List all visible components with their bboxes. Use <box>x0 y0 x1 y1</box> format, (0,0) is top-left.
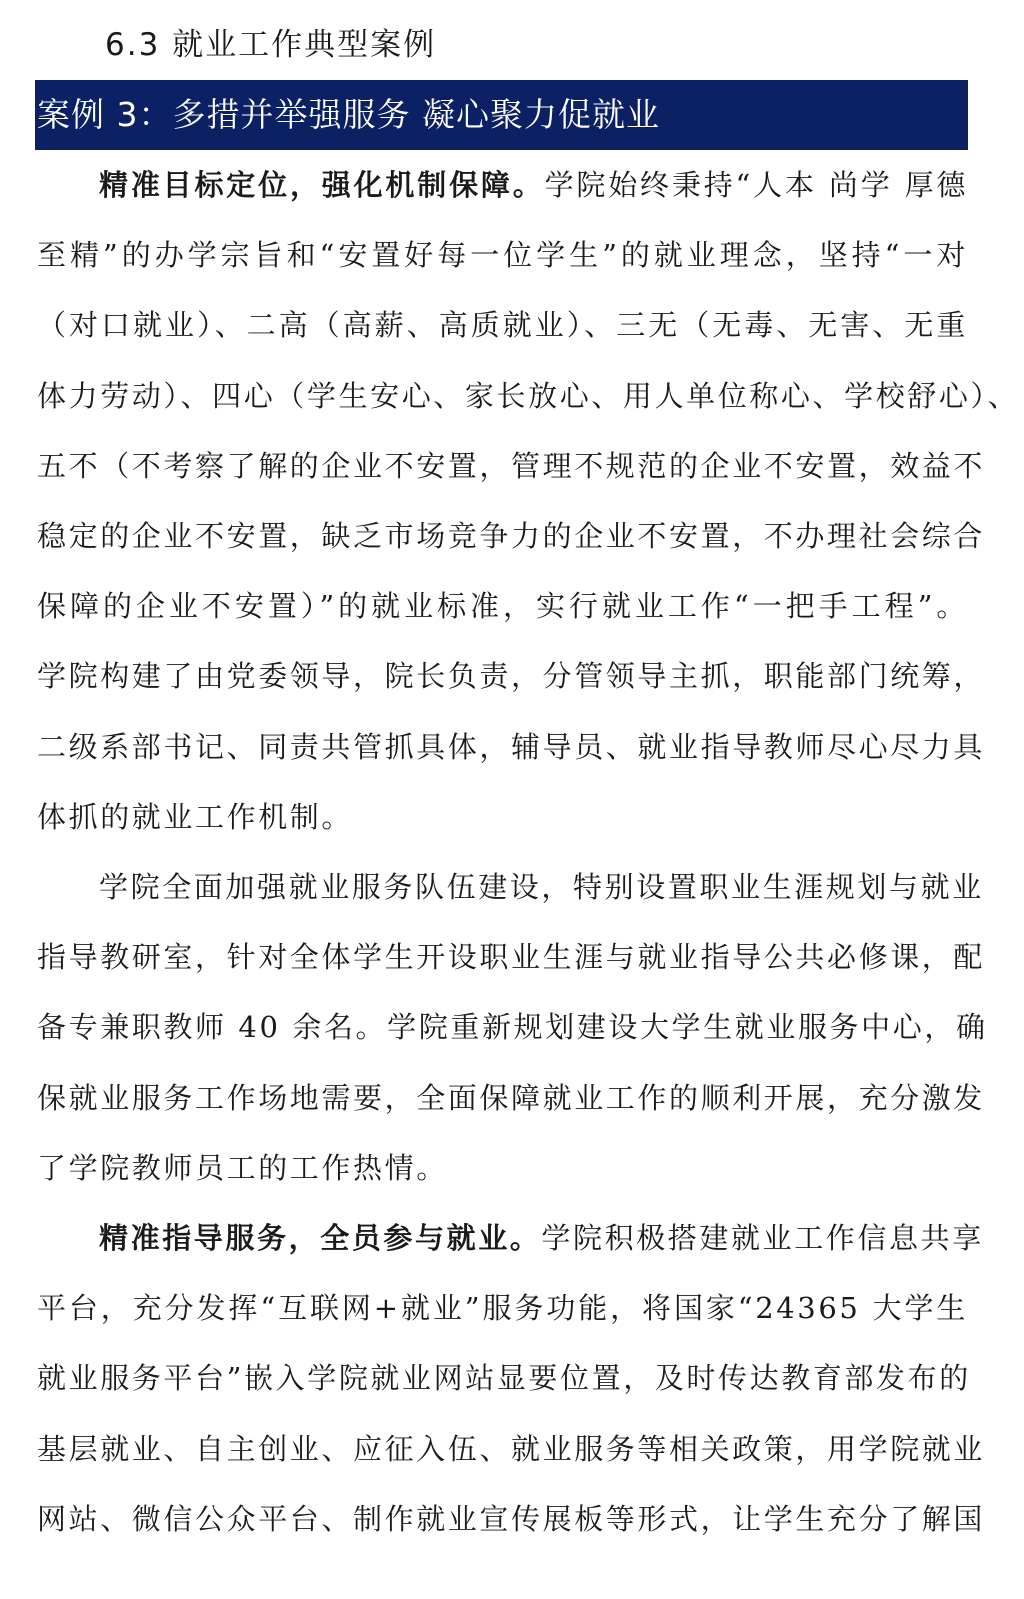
text-line: 备专兼职教师 40 余名。学院重新规划建设大学生就业服务中心，确 <box>37 992 968 1062</box>
text-line: 体抓的就业工作机制。 <box>37 782 968 852</box>
paragraph-guidance-service: 精准指导服务，全员参与就业。学院积极搭建就业工作信息共享 平台，充分发挥“互联网… <box>37 1203 968 1554</box>
text-line: 五不（不考察了解的企业不安置，管理不规范的企业不安置，效益不 <box>37 431 968 501</box>
text-line: 了学院教师员工的工作热情。 <box>37 1133 968 1203</box>
text-line: （对口就业）、二高（高薪、高质就业）、三无（无毒、无害、无重 <box>37 290 968 360</box>
text-line: 稳定的企业不安置，缺乏市场竞争力的企业不安置，不办理社会综合 <box>37 501 968 571</box>
paragraph-mechanism: 精准目标定位，强化机制保障。学院始终秉持“人本 尚学 厚德 至精”的办学宗旨和“… <box>37 150 968 852</box>
text-line: 保就业服务工作场地需要，全面保障就业工作的顺利开展，充分激发 <box>37 1063 968 1133</box>
section-heading: 6.3 就业工作典型案例 <box>105 22 436 68</box>
text-line: 保障的企业不安置）”的就业标准，实行就业工作“一把手工程”。 <box>37 571 968 641</box>
paragraph-lead: 精准指导服务，全员参与就业。 <box>99 1221 541 1255</box>
text-line: 基层就业、自主创业、应征入伍、就业服务等相关政策，用学院就业 <box>37 1414 968 1484</box>
text-line: 平台，充分发挥“互联网+就业”服务功能，将国家“24365 大学生 <box>37 1273 968 1343</box>
text-line: 学院构建了由党委领导，院长负责，分管领导主抓，职能部门统筹， <box>37 641 968 711</box>
paragraph-team-building: 学院全面加强就业服务队伍建设，特别设置职业生涯规划与就业 指导教研室，针对全体学… <box>37 852 968 1203</box>
text-line: 网站、微信公众平台、制作就业宣传展板等形式，让学生充分了解国 <box>37 1484 968 1554</box>
paragraph-lead: 精准目标定位，强化机制保障。 <box>99 168 545 202</box>
case-title-banner: 案例 3：多措并举强服务 凝心聚力促就业 <box>35 80 968 150</box>
text-line: 精准目标定位，强化机制保障。学院始终秉持“人本 尚学 厚德 <box>37 150 968 220</box>
text-line: 指导教研室，针对全体学生开设职业生涯与就业指导公共必修课，配 <box>37 922 968 992</box>
text-line: 至精”的办学宗旨和“安置好每一位学生”的就业理念，坚持“一对 <box>37 220 968 290</box>
case-title: 案例 3：多措并举强服务 凝心聚力促就业 <box>37 80 968 150</box>
text-line: 就业服务平台”嵌入学院就业网站显要位置，及时传达教育部发布的 <box>37 1343 968 1413</box>
document-body: 精准目标定位，强化机制保障。学院始终秉持“人本 尚学 厚德 至精”的办学宗旨和“… <box>37 150 968 1554</box>
text-line: 精准指导服务，全员参与就业。学院积极搭建就业工作信息共享 <box>37 1203 968 1273</box>
text-line: 二级系部书记、同责共管抓具体，辅导员、就业指导教师尽心尽力具 <box>37 712 968 782</box>
text-run: 学院始终秉持“人本 尚学 厚德 <box>545 168 968 202</box>
text-run: 学院积极搭建就业工作信息共享 <box>541 1221 983 1255</box>
text-line: 学院全面加强就业服务队伍建设，特别设置职业生涯规划与就业 <box>37 852 968 922</box>
text-line: 体力劳动）、四心（学生安心、家长放心、用人单位称心、学校舒心）、 <box>37 361 968 431</box>
